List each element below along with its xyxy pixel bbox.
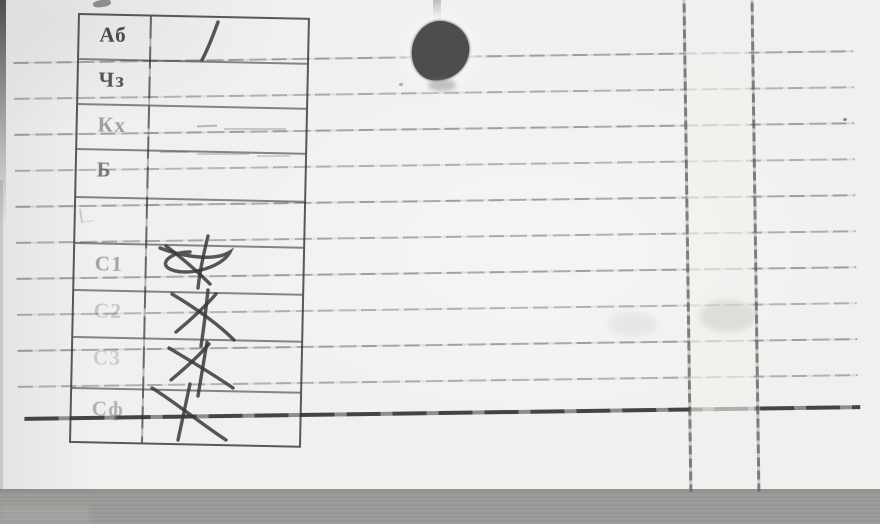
faint-pencil-dash xyxy=(224,128,286,130)
stamp-row-label: С1 xyxy=(94,251,123,277)
scanner-background xyxy=(0,492,880,524)
faint-pencil-dash xyxy=(257,155,290,157)
smudge-mark xyxy=(700,300,756,332)
stamp-row: Б xyxy=(76,150,305,203)
ink-blot-tail xyxy=(428,79,456,91)
paper-speck xyxy=(399,83,403,86)
faint-pencil-dash xyxy=(160,151,188,153)
stamp-row-label: Чз xyxy=(98,67,125,93)
stamp-row-label: Сф xyxy=(91,396,124,422)
scan-edge-shadow xyxy=(0,180,3,490)
faint-mark xyxy=(79,207,94,223)
faded-column-area xyxy=(684,0,755,492)
stamp-row-label: С3 xyxy=(93,345,122,371)
smudge-mark xyxy=(608,312,658,336)
scanned-card-page: Аб Чз Кх Б С1 С2 С3 Сф xyxy=(0,0,880,524)
card-paper: Аб Чз Кх Б С1 С2 С3 Сф xyxy=(0,0,880,492)
stamp-row-label: Б xyxy=(96,157,112,182)
stamp-row-label: С2 xyxy=(94,298,123,324)
pencil-cross-mark xyxy=(148,382,238,452)
stamp-row-label: Кх xyxy=(97,112,126,138)
stamp-row-label: Аб xyxy=(99,22,127,48)
stamp-row: Чз xyxy=(78,60,307,110)
paper-speck xyxy=(843,118,847,121)
scanner-background-highlight xyxy=(0,505,90,524)
faint-pencil-dash xyxy=(197,153,249,155)
handwritten-one-mark xyxy=(194,18,224,64)
